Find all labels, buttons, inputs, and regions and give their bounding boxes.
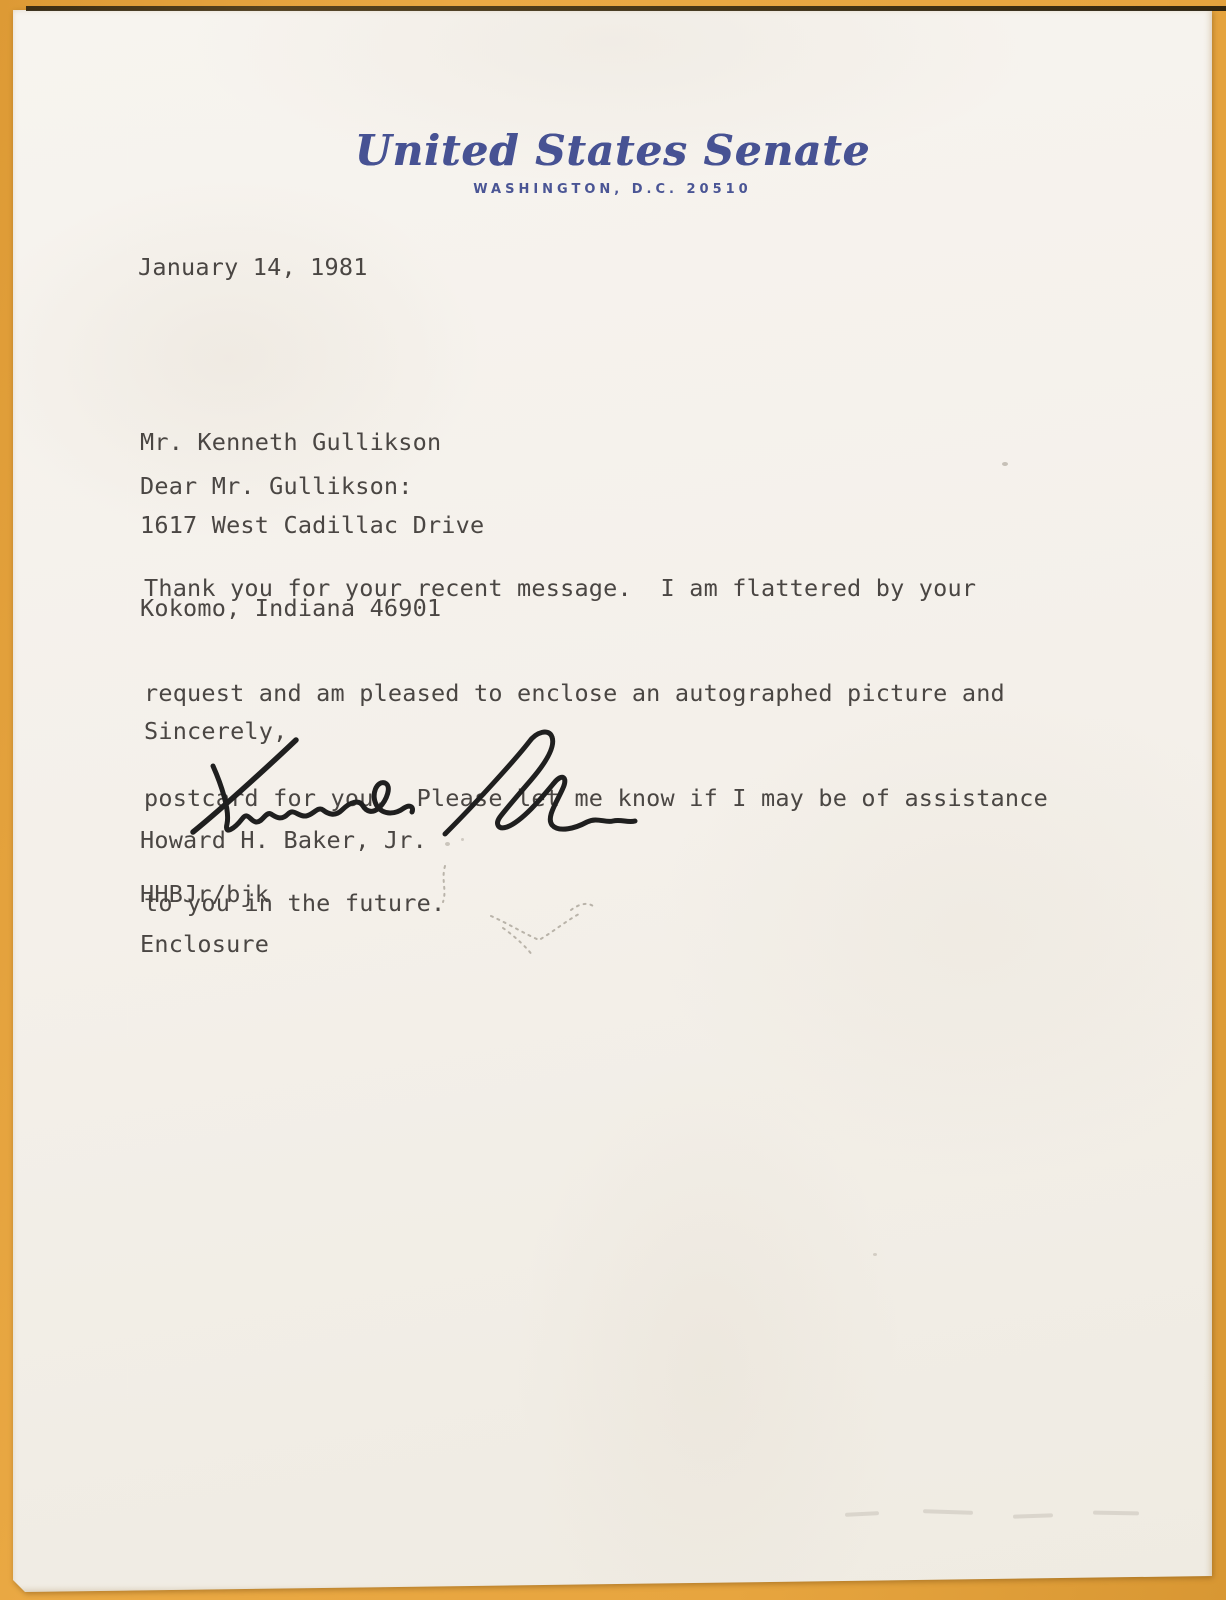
top-edge-shadow-line	[26, 6, 1226, 11]
letter-date: January 14, 1981	[138, 253, 368, 281]
pencil-smudge	[421, 858, 691, 973]
faint-bottom-marks	[833, 1502, 1163, 1528]
scan-speck	[445, 842, 450, 846]
body-line: Thank you for your recent message. I am …	[144, 564, 1048, 613]
body-line: request and am pleased to enclose an aut…	[144, 669, 1048, 718]
recipient-name: Mr. Kenneth Gullikson	[140, 429, 484, 456]
scan-speck	[873, 1253, 877, 1256]
paper-shadow-wrap: United States Senate WASHINGTON, D.C. 20…	[0, 0, 1226, 1600]
scan-speck	[461, 838, 464, 841]
letterhead-city-zip: WASHINGTON, D.C. 20510	[13, 182, 1212, 197]
typed-signature-name: Howard H. Baker, Jr.	[140, 826, 427, 854]
salutation: Dear Mr. Gullikson:	[140, 472, 413, 500]
enclosure-note: Enclosure	[140, 930, 269, 958]
letter-paper: United States Senate WASHINGTON, D.C. 20…	[13, 10, 1212, 1592]
reference-initials: HHBJr/bjk	[140, 880, 269, 908]
letterhead-title: United States Senate	[13, 126, 1212, 175]
scan-speck	[1002, 462, 1008, 466]
scanned-letter-scene: United States Senate WASHINGTON, D.C. 20…	[0, 0, 1226, 1600]
